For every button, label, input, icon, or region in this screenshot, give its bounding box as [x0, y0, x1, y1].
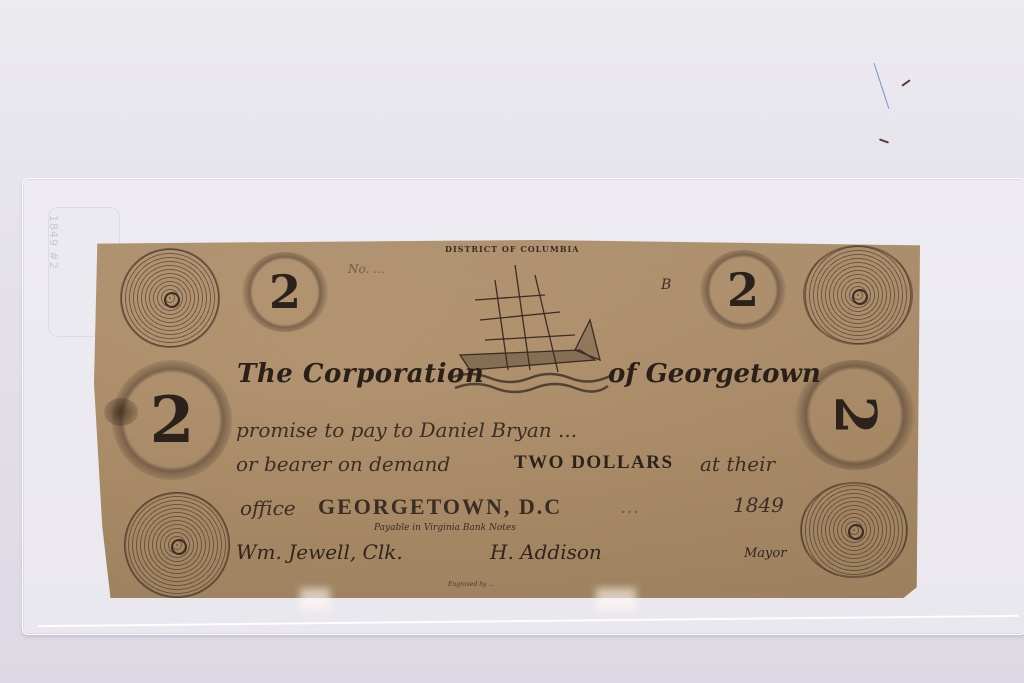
title-corporation: The Corporation: [237, 359, 484, 389]
office-prefix: office: [240, 496, 296, 520]
mayor-title: Mayor: [744, 546, 786, 561]
engraver-imprint: Engraved by ...: [448, 581, 494, 588]
signature-mayor: H. Addison: [490, 540, 602, 564]
title-georgetown: of Georgetown: [608, 359, 821, 389]
right-denomination: 2: [822, 396, 888, 435]
right-top-rosette: [803, 245, 913, 345]
signature-clerk: Wm. Jewell, Clk.: [236, 540, 403, 564]
corner-digit: 2: [269, 265, 301, 319]
promise-line: promise to pay to Daniel Bryan ...: [236, 418, 577, 442]
handwritten-date: ...: [620, 494, 639, 518]
pen-mark: [879, 138, 889, 143]
town-text: GEORGETOWN, D.C: [318, 494, 562, 520]
left-denomination: 2: [150, 383, 195, 458]
rosette-hub: [164, 292, 180, 308]
pen-mark-blue: [874, 63, 890, 109]
rosette-hub: [852, 289, 868, 305]
right-bottom-rosette: [800, 482, 908, 578]
left-top-rosette: [120, 248, 220, 348]
rosette-hub: [848, 524, 864, 540]
bearer-line-suffix: at their: [700, 452, 775, 476]
serial-number: No. ...: [348, 262, 385, 276]
amount-text: TWO DOLLARS: [514, 452, 674, 474]
plate-letter: B: [661, 277, 671, 293]
left-bottom-rosette: [124, 492, 230, 598]
sleeve-glare: [300, 588, 330, 610]
pen-mark: [901, 79, 910, 86]
year-text: 1849: [733, 493, 784, 517]
bearer-line-prefix: or bearer on demand: [236, 452, 450, 476]
sleeve-glare: [596, 588, 636, 610]
district-header: DISTRICT OF COLUMBIA: [445, 244, 579, 254]
corner-digit: 2: [727, 263, 759, 317]
rosette-hub: [171, 539, 187, 555]
holder-label-text: 1849 #2: [47, 215, 60, 270]
payable-note: Payable in Virginia Bank Notes: [374, 523, 516, 533]
corner-denomination-right: 2: [700, 250, 786, 330]
corner-denomination-left: 2: [242, 252, 328, 332]
ink-stain: [104, 398, 138, 426]
